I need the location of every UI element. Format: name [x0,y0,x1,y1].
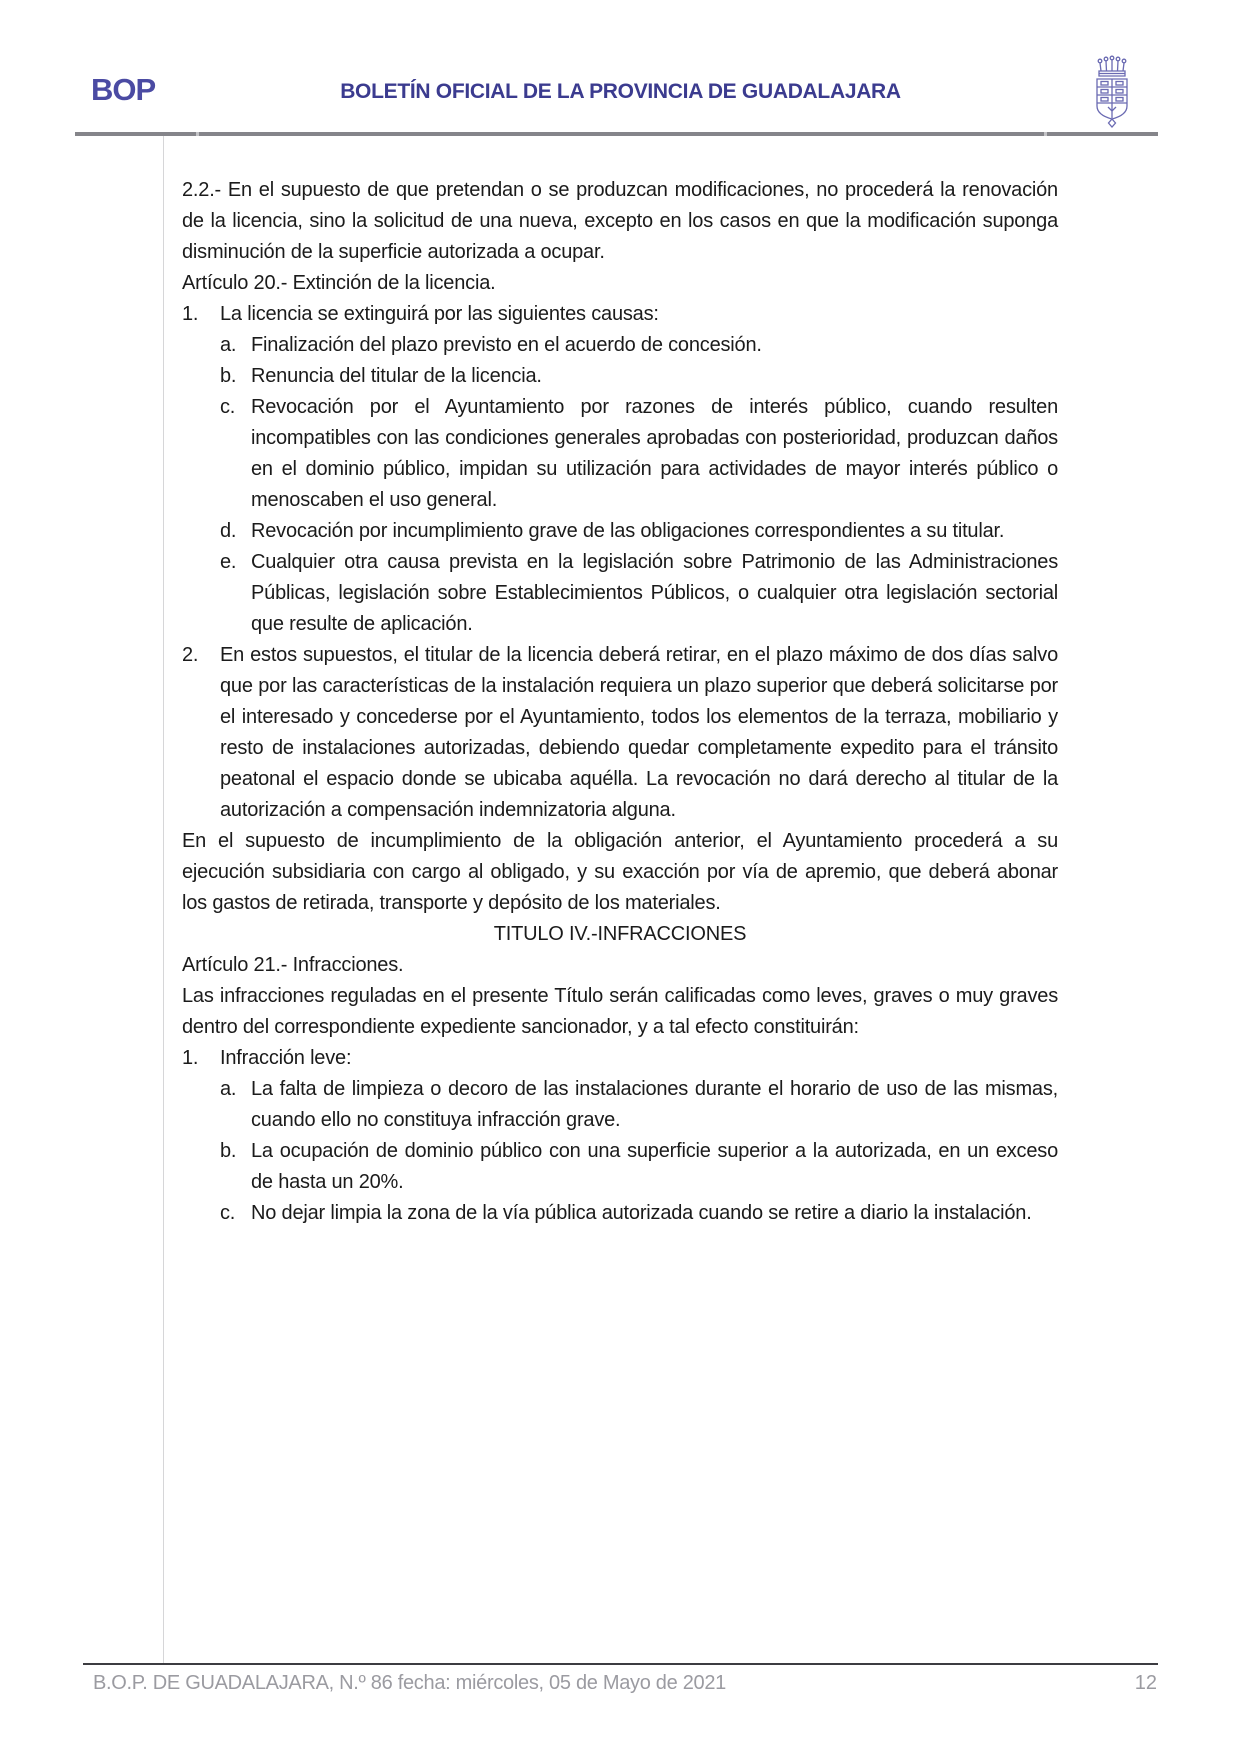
article-21-list: 1. Infracción leve: a. La falta de limpi… [182,1043,1058,1229]
footer-publication-info: B.O.P. DE GUADALAJARA, N.º 86 fecha: mié… [93,1672,726,1695]
list-item: 1. La licencia se extinguirá por las sig… [182,299,1058,640]
article-20-heading: Artículo 20.- Extinción de la licencia. [182,268,1058,299]
list-item-letter: c. [220,392,251,516]
provincial-coat-of-arms-icon [1088,54,1136,130]
title-iv-heading: TITULO IV.-INFRACCIONES [182,919,1058,950]
list-item: d. Revocación por incumplimiento grave d… [220,516,1058,547]
bulletin-page: BOP BOLETÍN OFICIAL DE LA PROVINCIA DE G… [0,0,1241,1754]
content-left-border [163,136,164,1664]
footer-divider [83,1663,1158,1665]
page-number: 12 [1135,1672,1157,1695]
list-item: 1. Infracción leve: a. La falta de limpi… [182,1043,1058,1229]
article-21-sublist: a. La falta de limpieza o decoro de las … [220,1074,1058,1229]
list-item: c. Revocación por el Ayuntamiento por ra… [220,392,1058,516]
list-item-text: Cualquier otra causa prevista en la legi… [251,547,1058,640]
list-item-text: Renuncia del titular de la licencia. [251,361,1058,392]
list-item-letter: b. [220,361,251,392]
list-item-text: No dejar limpia la zona de la vía públic… [251,1198,1058,1229]
list-item-text: Infracción leve: [220,1047,351,1069]
document-body: 2.2.- En el supuesto de que pretendan o … [182,134,1058,1229]
list-item-text: La falta de limpieza o decoro de las ins… [251,1074,1058,1136]
article-21-heading: Artículo 21.- Infracciones. [182,950,1058,981]
list-item-letter: b. [220,1136,251,1198]
list-item-number: 2. [182,640,220,826]
paragraph-2-2: 2.2.- En el supuesto de que pretendan o … [182,175,1058,268]
list-item: a. La falta de limpieza o decoro de las … [220,1074,1058,1136]
list-item-letter: d. [220,516,251,547]
list-item: 2. En estos supuestos, el titular de la … [182,640,1058,826]
bulletin-title: BOLETÍN OFICIAL DE LA PROVINCIA DE GUADA… [0,80,1241,104]
list-item-letter: c. [220,1198,251,1229]
list-item-letter: a. [220,330,251,361]
list-item-text: La licencia se extinguirá por las siguie… [220,303,659,325]
list-item-text: Revocación por incumplimiento grave de l… [251,516,1058,547]
list-item: c. No dejar limpia la zona de la vía púb… [220,1198,1058,1229]
list-item-letter: a. [220,1074,251,1136]
article-21-intro-paragraph: Las infracciones reguladas en el present… [182,981,1058,1043]
list-item-number: 1. [182,1043,220,1229]
list-item: b. Renuncia del titular de la licencia. [220,361,1058,392]
list-item: e. Cualquier otra causa prevista en la l… [220,547,1058,640]
list-item: a. Finalización del plazo previsto en el… [220,330,1058,361]
list-item: b. La ocupación de dominio público con u… [220,1136,1058,1198]
list-item-text: En estos supuestos, el titular de la lic… [220,640,1058,826]
list-item-text: Revocación por el Ayuntamiento por razon… [251,392,1058,516]
list-item-text: La ocupación de dominio público con una … [251,1136,1058,1198]
article-20-closing-paragraph: En el supuesto de incumplimiento de la o… [182,826,1058,919]
article-20-sublist: a. Finalización del plazo previsto en el… [220,330,1058,640]
list-item-letter: e. [220,547,251,640]
article-20-list: 1. La licencia se extinguirá por las sig… [182,299,1058,826]
list-item-text: Finalización del plazo previsto en el ac… [251,330,1058,361]
list-item-number: 1. [182,299,220,640]
